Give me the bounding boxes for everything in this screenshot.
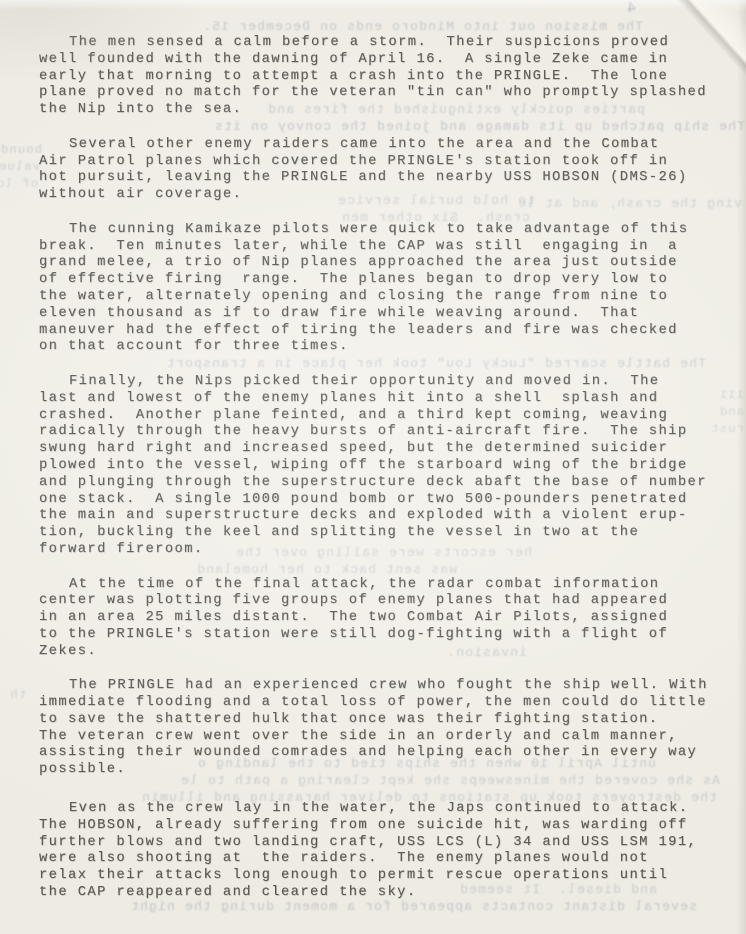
- text-line: The HOBSON, already suffering from one s…: [39, 818, 726, 835]
- text-line: Finally, the Nips picked their opportuni…: [39, 374, 726, 391]
- typewritten-text: The men sensed a calm before a storm. Th…: [0, 0, 746, 934]
- text-line: were also shooting at the raiders. The e…: [39, 851, 726, 868]
- text-line: immediate flooding and a total loss of p…: [39, 695, 726, 712]
- text-line: the Nip into the sea.: [39, 102, 726, 119]
- text-line: swung hard right and increased speed, bu…: [39, 441, 726, 458]
- paragraph-kamikaze-pilots: The cunning Kamikaze pilots were quick t…: [39, 222, 726, 356]
- text-line: Air Patrol planes which covered the PRIN…: [39, 154, 726, 171]
- text-line: further blows and two landing craft, USS…: [39, 835, 726, 852]
- text-line: without air coverage.: [39, 187, 726, 204]
- text-line: break. Ten minutes later, while the CAP …: [39, 239, 726, 256]
- text-line: plane proved no match for the veteran "t…: [39, 85, 726, 102]
- text-line: last and lowest of the enemy planes hit …: [39, 391, 726, 408]
- text-line: of effective firing range. The planes be…: [39, 272, 726, 289]
- text-line: the water, alternately opening and closi…: [39, 289, 726, 306]
- paragraph-final-attack: Finally, the Nips picked their opportuni…: [39, 374, 726, 559]
- text-line: center was plotting five groups of enemy…: [39, 593, 726, 610]
- paragraph-crew-in-water: Even as the crew lay in the water, the J…: [39, 801, 726, 902]
- text-line: relax their attacks long enough to permi…: [39, 868, 726, 885]
- text-line: radically through the heavy bursts of an…: [39, 424, 726, 441]
- paragraph-enemy-raiders: Several other enemy raiders came into th…: [39, 137, 726, 204]
- text-line: one stack. A single 1000 pound bomb or t…: [39, 492, 726, 509]
- text-line: to save the shattered hulk that once was…: [39, 712, 726, 729]
- text-line: well founded with the dawning of April 1…: [39, 52, 726, 69]
- text-line: on that account for three times.: [39, 339, 726, 356]
- text-line: plowed into the vessel, wiping off the s…: [39, 458, 726, 475]
- paragraph-radar-plot: At the time of the final attack, the rad…: [39, 577, 726, 661]
- text-line: hot pursuit, leaving the PRINGLE and the…: [39, 170, 726, 187]
- text-line: and plunging through the superstructure …: [39, 475, 726, 492]
- page-corner-crease: [634, 0, 746, 80]
- text-line: The PRINGLE had an experienced crew who …: [39, 678, 726, 695]
- paragraph-abandon-ship: The PRINGLE had an experienced crew who …: [39, 678, 726, 779]
- text-line: eleven thousand as if to draw fire while…: [39, 306, 726, 323]
- text-line: possible.: [39, 762, 726, 779]
- text-line: At the time of the final attack, the rad…: [39, 577, 726, 594]
- document-page: The mission out into Mindoro ends on Dec…: [0, 0, 746, 934]
- text-line: Several other enemy raiders came into th…: [39, 137, 726, 154]
- text-line: the CAP reappeared and cleared the sky.: [39, 885, 726, 902]
- text-line: early that morning to attempt a crash in…: [39, 69, 726, 86]
- paragraph-calm-before-storm: The men sensed a calm before a storm. Th…: [39, 35, 726, 119]
- text-line: the main and superstructure decks and ex…: [39, 508, 726, 525]
- text-line: Even as the crew lay in the water, the J…: [39, 801, 726, 818]
- text-line: crashed. Another plane feinted, and a th…: [39, 408, 726, 425]
- text-line: The men sensed a calm before a storm. Th…: [39, 35, 726, 52]
- text-line: Zekes.: [39, 644, 726, 661]
- text-line: maneuver had the effect of tiring the le…: [39, 323, 726, 340]
- text-line: The veteran crew went over the side in a…: [39, 729, 726, 746]
- text-line: assisting their wounded comrades and hel…: [39, 745, 726, 762]
- text-line: forward fireroom.: [39, 542, 726, 559]
- text-line: in an area 25 miles distant. The two Com…: [39, 610, 726, 627]
- text-line: to the PRINGLE's station were still dog-…: [39, 627, 726, 644]
- text-line: The cunning Kamikaze pilots were quick t…: [39, 222, 726, 239]
- text-line: grand melee, a trio of Nip planes approa…: [39, 255, 726, 272]
- text-line: tion, buckling the keel and splitting th…: [39, 525, 726, 542]
